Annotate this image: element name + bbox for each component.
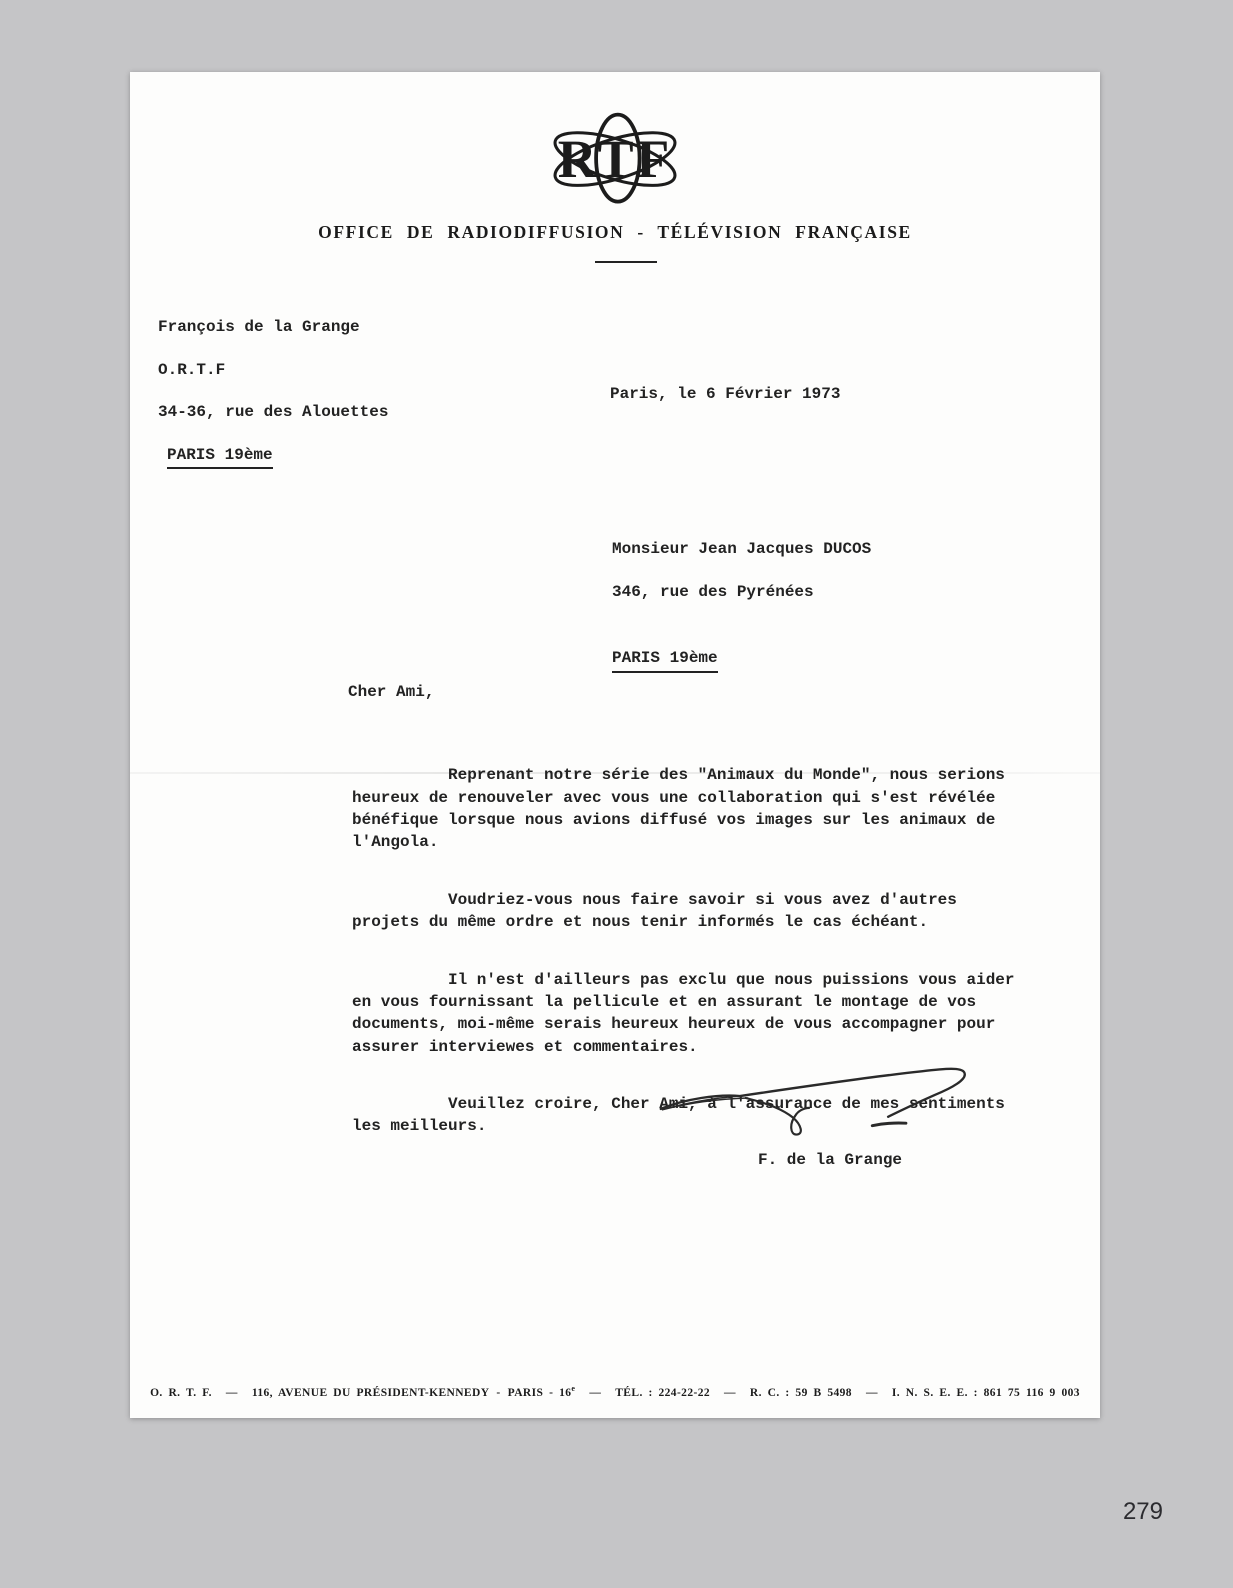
paragraph: Reprenant notre série des "Animaux du Mo… — [352, 764, 1042, 853]
page-number: 279 — [1123, 1498, 1163, 1526]
footer-tel: TÉL. : 224-22-22 — [615, 1387, 710, 1399]
footer-rc: R. C. : 59 B 5498 — [750, 1387, 852, 1399]
dateline: Paris, le 6 Février 1973 — [610, 384, 840, 405]
footer-address: 116, AVENUE DU PRÉSIDENT-KENNEDY — [252, 1387, 490, 1399]
organization-name: OFFICE DE RADIODIFFUSION - TÉLÉVISION FR… — [130, 222, 1100, 243]
footer-org: O. R. T. F. — [150, 1387, 212, 1399]
letterhead-rule — [595, 261, 657, 263]
sender-address-block: François de la Grange O.R.T.F 34-36, rue… — [158, 296, 388, 491]
sender-name: François de la Grange — [158, 317, 388, 338]
ortf-logo: RTF — [130, 108, 1100, 212]
paragraph: Voudriez-vous nous faire savoir si vous … — [352, 889, 1042, 934]
recipient-city: PARIS 19ème — [612, 648, 871, 672]
salutation: Cher Ami, — [348, 682, 434, 703]
signature-name: F. de la Grange — [758, 1150, 902, 1171]
recipient-name: Monsieur Jean Jacques DUCOS — [612, 539, 871, 560]
sender-org: O.R.T.F — [158, 360, 388, 381]
signature-scribble — [645, 1055, 981, 1146]
recipient-street: 346, rue des Pyrénées — [612, 582, 871, 603]
signature-icon — [645, 1055, 981, 1141]
footer-arrondissement-sup: e — [571, 1384, 575, 1393]
footer-insee: I. N. S. E. E. : 861 75 116 9 003 — [892, 1387, 1080, 1399]
sender-street: 34-36, rue des Alouettes — [158, 402, 388, 423]
scanned-page: { "page": { "number": "279" }, "letterhe… — [0, 0, 1233, 1588]
sender-city: PARIS 19ème — [158, 445, 388, 469]
rtf-atom-logo-icon: RTF — [539, 108, 691, 212]
footer-city: PARIS - 16 — [508, 1387, 572, 1399]
letter-paper: RTF OFFICE DE RADIODIFFUSION - TÉLÉVISIO… — [130, 72, 1100, 1418]
footer-contact-line: O. R. T. F.—116, AVENUE DU PRÉSIDENT-KEN… — [130, 1384, 1100, 1399]
logo-letters: RTF — [558, 129, 672, 189]
paragraph: Il n'est d'ailleurs pas exclu que nous p… — [352, 969, 1042, 1058]
recipient-address-block: Monsieur Jean Jacques DUCOS 346, rue des… — [612, 518, 871, 694]
